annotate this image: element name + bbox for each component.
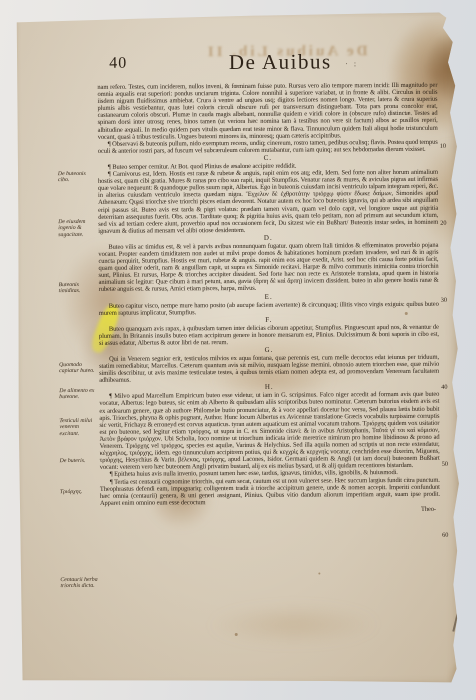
margin-note: Testiculi milui venerem excitant. <box>59 418 99 437</box>
book-page: De Auibus Lib. II 40 De Auibus · : De bu… <box>15 12 461 689</box>
page-number: 40 <box>109 55 127 73</box>
text-paragraph: ¶ Carnivorus est, Idem. Hostis est ranæ … <box>98 169 438 235</box>
line-number: 30 <box>441 297 447 304</box>
body-column: nam refero. Testes, cum inciderem, nullo… <box>97 82 440 515</box>
text-paragraph: nam refero. Testes, cum inciderem, nullo… <box>97 82 437 141</box>
margin-note: De buteris. <box>60 458 100 465</box>
line-number: 50 <box>442 461 448 468</box>
text-paragraph: Buteo vilis ac timidus est, & vel à parv… <box>98 242 438 294</box>
stain-bottom-right-corner <box>447 660 476 698</box>
catchword: Theo- <box>100 506 440 515</box>
stain-bottom-center <box>209 604 379 645</box>
header-ornament: · : <box>345 59 358 68</box>
pen-mark <box>452 612 458 632</box>
text-paragraph: Buteo quanquam avis rapax, à quibusdam t… <box>99 323 439 346</box>
margin-note: De eiusdem ingenio & sagacitate. <box>58 219 98 238</box>
line-number: 60 <box>442 532 448 539</box>
margin-note: De alimento ex buteone. <box>59 388 99 401</box>
margin-note: Buteonis timiditas. <box>59 282 99 295</box>
line-number: 40 <box>441 384 447 391</box>
line-number: 10 <box>440 143 446 150</box>
line-number: 20 <box>440 220 446 227</box>
text-paragraph: Qui in Venerem segnior erit, testiculos … <box>99 354 439 384</box>
running-title: De Auibus <box>165 49 395 75</box>
foxing-spot <box>318 573 320 575</box>
margin-note: Quomodo capiatur buteo. <box>59 362 99 375</box>
foxing-spot <box>235 633 238 636</box>
photo-background: { "page": { "number": "40", "header_titl… <box>0 0 476 700</box>
text-paragraph: ¶ Observavi & buteonis pullum, nido exem… <box>98 139 438 155</box>
text-paragraph: ¶ Milvo apud Marcellum Empiricum buteo e… <box>99 391 439 471</box>
text-paragraph: ¶ Tertia est centaurii cognomine triorch… <box>100 476 440 506</box>
margin-note: De buteonis cibo. <box>58 171 98 184</box>
margin-note: Centaurii herba triorchis dicta. <box>60 577 100 590</box>
margin-note: Τριόρχης. <box>60 489 100 496</box>
